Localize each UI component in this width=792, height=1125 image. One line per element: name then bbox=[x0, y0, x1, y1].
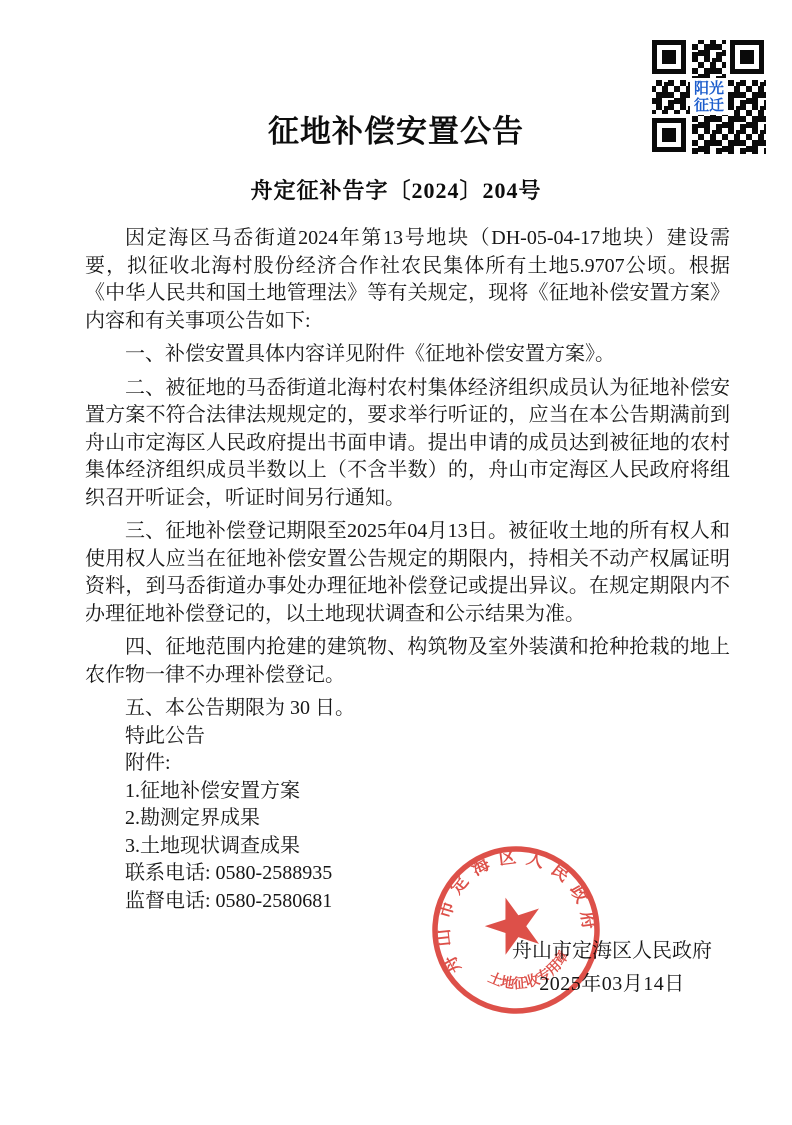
supervision-phone-line: 监督电话: 0580-2580681 bbox=[85, 888, 730, 916]
attachment-item-2: 2.勘测定界成果 bbox=[85, 805, 730, 833]
qr-finder-top-right bbox=[726, 38, 768, 80]
clause-1: 一、补偿安置具体内容详见附件《征地补偿安置方案》。 bbox=[85, 341, 730, 369]
closing-note: 特此公告 bbox=[85, 723, 730, 751]
doc-number: 舟定征补告字〔2024〕204号 bbox=[0, 174, 792, 205]
signature-issuer: 舟山市定海区人民政府 bbox=[512, 938, 712, 964]
qr-label-line1: 阳光 bbox=[694, 79, 724, 97]
qr-code: 阳光 征迁 bbox=[650, 38, 768, 156]
qr-finder-top-left bbox=[650, 38, 692, 80]
attachments-label: 附件: bbox=[85, 750, 730, 778]
qr-label-line2: 征迁 bbox=[693, 96, 724, 114]
attachment-item-3: 3.土地现状调查成果 bbox=[85, 833, 730, 861]
qr-finder-bottom-left bbox=[650, 114, 692, 156]
qr-center-label: 阳光 征迁 bbox=[690, 78, 728, 115]
clause-5: 五、本公告期限为 30 日。 bbox=[85, 695, 730, 723]
announcement-page: 阳光 征迁 征地补偿安置公告 舟定征补告字〔2024〕204号 因定海区马岙街道… bbox=[0, 0, 792, 1125]
contact-phone-line: 联系电话: 0580-2588935 bbox=[85, 860, 730, 888]
signature-block: 舟山市定海区人民政府 2025年03月14日 bbox=[512, 938, 712, 997]
clause-4: 四、征地范围内抢建的建筑物、构筑物及室外装潢和抢种抢栽的地上农作物一律不办理补偿… bbox=[85, 634, 730, 689]
clause-2: 二、被征地的马岙街道北海村农村集体经济组织成员认为征地补偿安置方案不符合法律法规… bbox=[85, 375, 730, 513]
intro-paragraph: 因定海区马岙街道2024年第13号地块（DH-05-04-17地块）建设需要，拟… bbox=[85, 225, 730, 335]
announcement-body: 因定海区马岙街道2024年第13号地块（DH-05-04-17地块）建设需要，拟… bbox=[85, 225, 730, 915]
clause-3: 三、征地补偿登记期限至2025年04月13日。被征收土地的所有权人和使用权人应当… bbox=[85, 518, 730, 628]
attachment-item-1: 1.征地补偿安置方案 bbox=[85, 778, 730, 806]
signature-date: 2025年03月14日 bbox=[512, 971, 712, 997]
